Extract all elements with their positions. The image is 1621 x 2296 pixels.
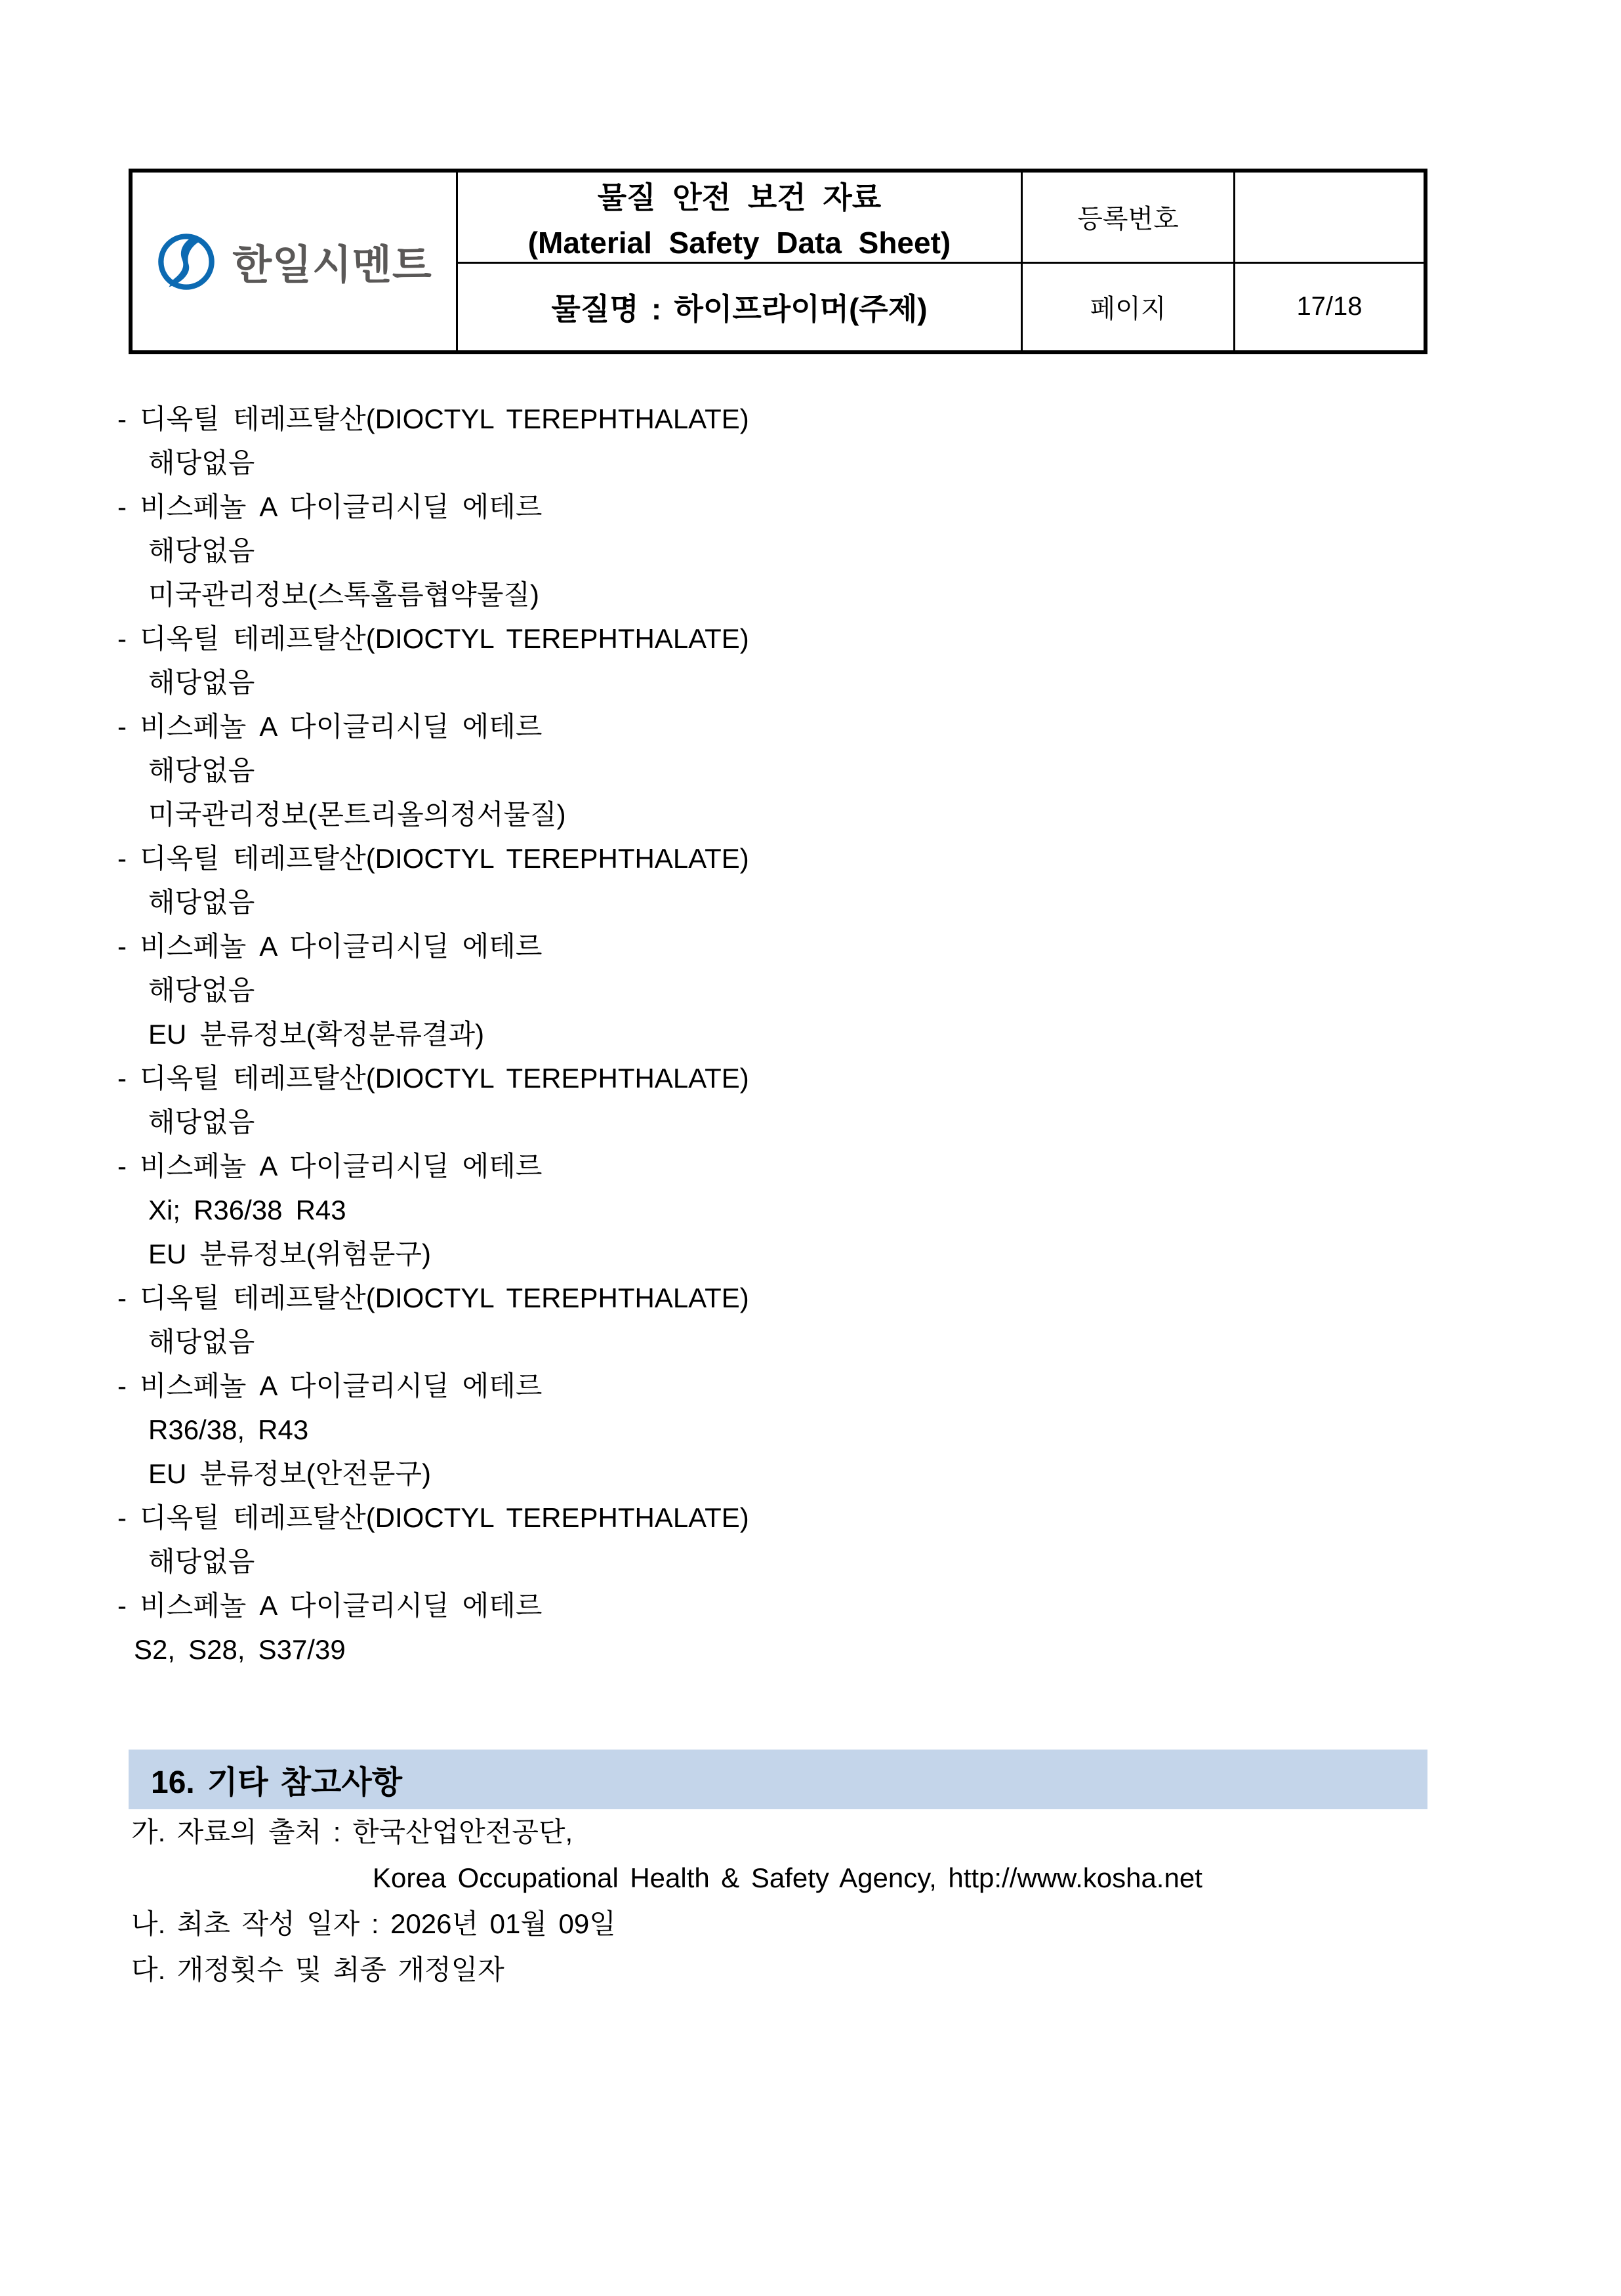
doc-title-en: (Material Safety Data Sheet) — [528, 225, 951, 260]
list-line: - 디옥틸 테레프탈산(DIOCTYL TEREPHTHALATE) — [0, 1276, 1621, 1320]
list-line: S2, S28, S37/39 — [0, 1628, 1621, 1671]
list-line: - 디옥틸 테레프탈산(DIOCTYL TEREPHTHALATE) — [0, 836, 1621, 880]
list-line: R36/38, R43 — [0, 1408, 1621, 1452]
company-name: 한일시멘트 — [232, 232, 432, 291]
section-line: 나. 최초 작성 일자 : 2026년 01월 09일 — [0, 1901, 1621, 1947]
list-line: - 디옥틸 테레프탈산(DIOCTYL TEREPHTHALATE) — [0, 1056, 1621, 1100]
list-line: EU 분류정보(안전문구) — [0, 1452, 1621, 1496]
list-line: EU 분류정보(확정분류결과) — [0, 1012, 1621, 1056]
list-line: 미국관리정보(스톡홀름협약물질) — [0, 573, 1621, 617]
header-table: 한일시멘트 물질 안전 보건 자료 (Material Safety Data … — [129, 169, 1427, 354]
section16-lines: 가. 자료의 출처 : 한국산업안전공단,Korea Occupational … — [0, 1809, 1621, 1993]
section-line: Korea Occupational Health & Safety Agenc… — [0, 1855, 1621, 1901]
doc-title-ko: 물질 안전 보건 자료 — [598, 174, 881, 217]
section16-title: 16. 기타 참고사항 — [151, 1757, 402, 1802]
page-value-cell: 17/18 — [1233, 262, 1424, 351]
list-line: 미국관리정보(몬트리올의정서물질) — [0, 792, 1621, 836]
logo-cell: 한일시멘트 — [133, 173, 456, 350]
section-line: 다. 개정횟수 및 최종 개정일자 — [0, 1947, 1621, 1993]
list-line: - 디옥틸 테레프탈산(DIOCTYL TEREPHTHALATE) — [0, 1496, 1621, 1540]
msds-page: 한일시멘트 물질 안전 보건 자료 (Material Safety Data … — [0, 0, 1621, 2296]
reg-label-cell: 등록번호 — [1021, 173, 1233, 262]
list-line: 해당없음 — [0, 968, 1621, 1012]
list-line: 해당없음 — [0, 880, 1621, 924]
doc-title-cell: 물질 안전 보건 자료 (Material Safety Data Sheet) — [456, 173, 1021, 262]
list-line: 해당없음 — [0, 441, 1621, 485]
list-line: - 비스페놀 A 다이글리시딜 에테르 — [0, 485, 1621, 529]
list-line: - 비스페놀 A 다이글리시딜 에테르 — [0, 1584, 1621, 1628]
list-line: 해당없음 — [0, 1320, 1621, 1364]
section16-header-bar: 16. 기타 참고사항 — [129, 1750, 1427, 1809]
regulatory-info-list: - 디옥틸 테레프탈산(DIOCTYL TEREPHTHALATE)해당없음- … — [0, 397, 1621, 1671]
list-line: EU 분류정보(위험문구) — [0, 1232, 1621, 1276]
hanil-logo-icon — [156, 232, 216, 292]
list-line: - 비스페놀 A 다이글리시딜 에테르 — [0, 1144, 1621, 1188]
list-line: 해당없음 — [0, 529, 1621, 573]
list-line: - 디옥틸 테레프탈산(DIOCTYL TEREPHTHALATE) — [0, 397, 1621, 441]
list-line: 해당없음 — [0, 1100, 1621, 1144]
list-line: - 비스페놀 A 다이글리시딜 에테르 — [0, 1364, 1621, 1408]
reg-value-cell — [1233, 173, 1424, 262]
list-line: - 비스페놀 A 다이글리시딜 에테르 — [0, 705, 1621, 748]
page-label-cell: 페이지 — [1021, 262, 1233, 351]
list-line: 해당없음 — [0, 661, 1621, 705]
list-line: - 디옥틸 테레프탈산(DIOCTYL TEREPHTHALATE) — [0, 617, 1621, 661]
list-line: 해당없음 — [0, 748, 1621, 792]
list-line: - 비스페놀 A 다이글리시딜 에테르 — [0, 924, 1621, 968]
list-line: Xi; R36/38 R43 — [0, 1188, 1621, 1232]
list-line: 해당없음 — [0, 1540, 1621, 1584]
section-line: 가. 자료의 출처 : 한국산업안전공단, — [0, 1809, 1621, 1855]
subject-cell: 물질명 : 하이프라이머(주제) — [456, 262, 1021, 351]
